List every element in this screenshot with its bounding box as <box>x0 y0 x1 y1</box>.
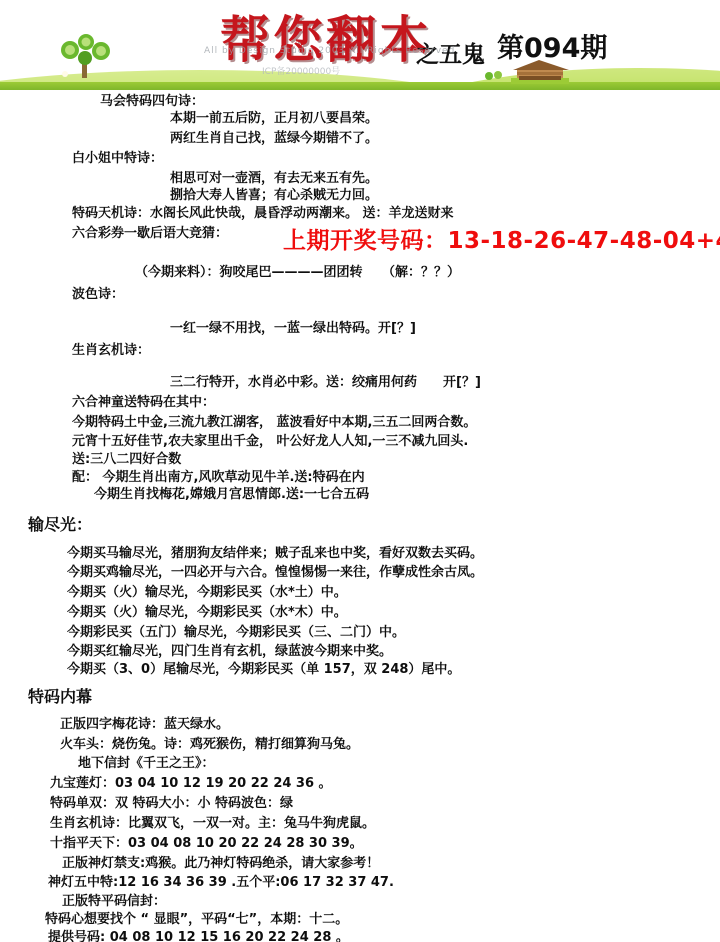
shentong-line5: 今期生肖找梅花,嫦娥月宫思情郎.送:一七合五码 <box>94 483 369 502</box>
watermark-copyright: All by Design Studio 2003 All Rights Res… <box>204 46 455 56</box>
neimu-line7: 十指平天下：03 04 08 10 20 22 24 28 30 39。 <box>50 832 363 851</box>
page: 帮您翻本 之五鬼 第094期 All by Design Studio 2003… <box>0 0 720 942</box>
lailiao-line: （今期来料）：狗咬尾巴————团团转 （解：？？） <box>135 261 460 280</box>
header: 帮您翻本 之五鬼 第094期 All by Design Studio 2003… <box>0 0 720 90</box>
shujinguang-line3: 今期买（火）输尽光，今期彩民买（水*土）中。 <box>67 581 347 600</box>
tree-icon <box>55 34 117 88</box>
neimu-line12: 提供号码: 04 08 10 12 15 16 20 22 24 28 。 <box>48 926 349 942</box>
bose-title: 波色诗： <box>72 283 124 302</box>
neimu-line1: 正版四字梅花诗：蓝天绿水。 <box>60 713 229 732</box>
neimu-line5: 特码单双：双 特码大小：小 特码波色：绿 <box>50 792 293 811</box>
issue-number: 第094期 <box>497 26 607 65</box>
shujinguang-line1: 今期买马输尽光，猪朋狗友结伴来；贼子乱来也中奖，看好双数去买码。 <box>67 542 483 561</box>
mahui-line2: 两红生肖自己找，蓝绿今期错不了。 <box>170 127 378 146</box>
shujinguang-line4: 今期买（火）输尽光，今期彩民买（水*木）中。 <box>67 601 347 620</box>
shujinguang-line5: 今期彩民买（五门）输尽光，今期彩民买（三、二门）中。 <box>67 621 405 640</box>
neimu-line9: 神灯五中特:12 16 34 36 39 .五个平:06 17 32 37 47… <box>48 871 394 890</box>
shengxiao-poem: 三二行特开，水肖必中彩。送：绞痛用何药 开[？] <box>170 371 481 390</box>
shujinguang-line2: 今期买鸡输尽光，一四必开与六合。惶惶惕惕一来往，作孽成性余古凤。 <box>67 561 483 580</box>
neimu-line11: 特码心想要找个 “ 显眼”，平码“七”，本期：十二。 <box>45 908 348 927</box>
tianji-line: 特码天机诗：水阁长风此快哉，晨昏浮动两潮来。 送：羊龙送财来 <box>72 202 454 221</box>
shujinguang-line6: 今期买红输尽光，四门生肖有玄机，绿蓝波今期来中奖。 <box>67 640 392 659</box>
mahui-line1: 本期一前五后防，正月初八要昌荣。 <box>170 107 378 126</box>
baixiaojie-title: 白小姐中特诗： <box>72 147 163 166</box>
shentong-line1: 今期特码土中金,三流九教江湖客， 蓝波看好中本期,三五二回两合数。 <box>72 411 476 430</box>
neimu-line8: 正版神灯禁支:鸡猴。此乃神灯特码绝杀，请大家参考！ <box>62 852 379 871</box>
neimu-line2: 火车头：烧伤兔。诗：鸡死猴伤，精打细算狗马兔。 <box>60 733 359 752</box>
shengxiao-title: 生肖玄机诗： <box>72 339 150 358</box>
shentong-line3: 送:三八二四好合数 <box>72 448 181 467</box>
shentong-line2: 元宵十五好佳节,农夫家里出千金， 叶公好龙人人知,一三不减九回头. <box>72 430 468 449</box>
xiehouyu-title: 六合彩券一歇后语大竞猜： <box>72 222 228 241</box>
shujinguang-heading: 输尽光： <box>28 512 92 535</box>
baixiaojie-line2: 捌拾大寿人皆喜；有心杀贼无力回。 <box>170 184 378 203</box>
watermark-icp: ICP备20000000号 <box>262 64 340 77</box>
neimu-line4: 九宝莲灯：03 04 10 12 19 20 22 24 36 。 <box>50 772 332 791</box>
neimu-heading: 特码内幕 <box>28 684 92 707</box>
neimu-line3: 地下信封《千王之王》： <box>78 752 215 771</box>
neimu-line10: 正版特平码信封： <box>62 890 166 909</box>
last-draw-numbers: 上期开奖号码：13-18-26-47-48-04+40 <box>283 222 720 255</box>
bose-poem: 一红一绿不用找，一蓝一绿出特码。开[？] <box>170 317 416 336</box>
neimu-line6: 生肖玄机诗：比翼双飞，一双一对。主：兔马牛狗虎鼠。 <box>50 812 375 831</box>
page-title: 帮您翻本 <box>220 0 432 72</box>
bush-icon <box>484 68 504 87</box>
shentong-title: 六合神童送特码在其中： <box>72 391 215 410</box>
shujinguang-line7: 今期买（3、0）尾输尽光，今期彩民买（单 157，双 248）尾中。 <box>67 658 460 677</box>
